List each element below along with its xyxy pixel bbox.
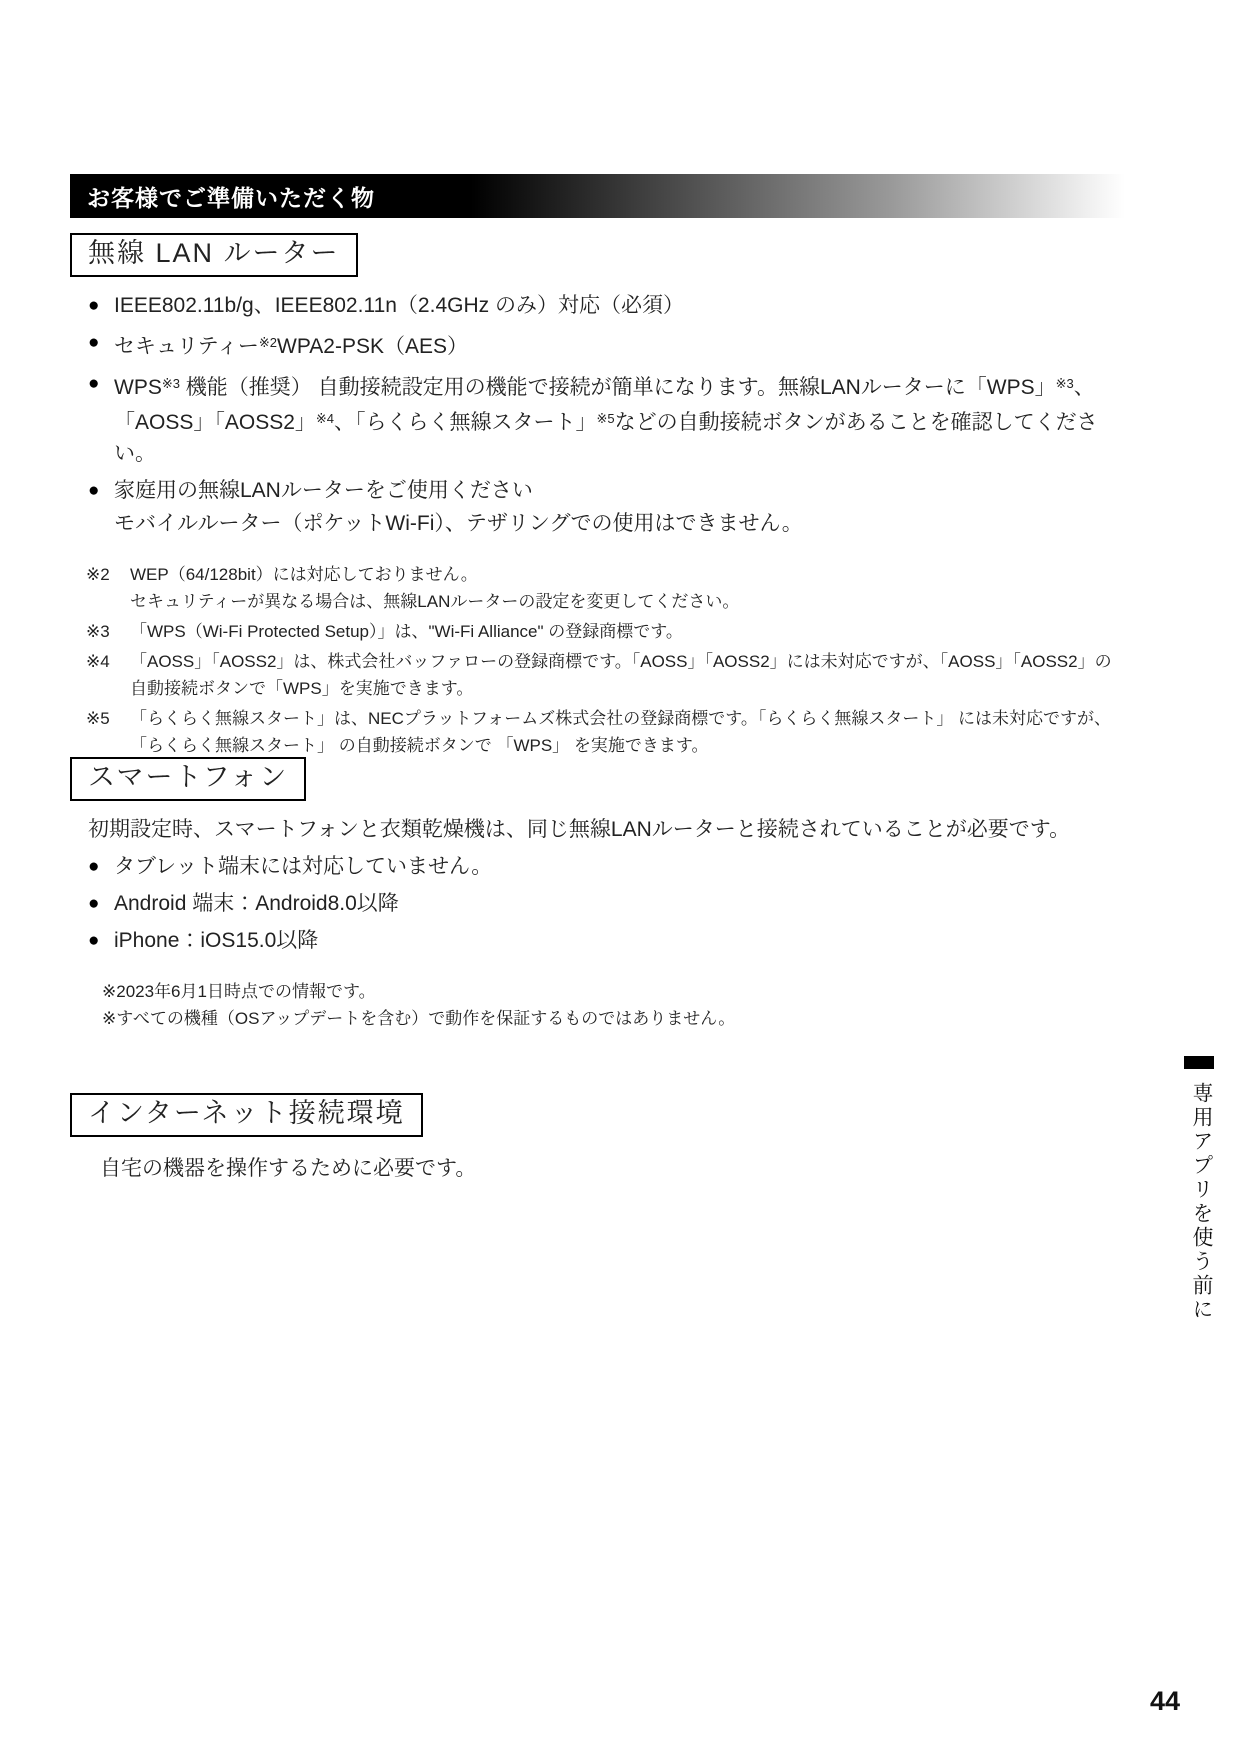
bullet-android-version: Android 端末：Android8.0以降: [88, 888, 1128, 919]
footnote-3-mark: ※3: [86, 618, 130, 645]
bullet-security: セキュリティー※2WPA2-PSK（AES）: [88, 327, 1128, 362]
section-title-internet: インターネット接続環境: [70, 1093, 423, 1137]
bullet-ieee-standards: IEEE802.11b/g、IEEE802.11n（2.4GHz のみ）対応（必…: [88, 290, 1128, 321]
footnote-5-text: 「らくらく無線スタート」は、NECプラットフォームズ株式会社の登録商標です。「ら…: [130, 705, 1128, 759]
footnote-3: ※3 「WPS（Wi-Fi Protected Setup）」は、"Wi-Fi …: [86, 618, 1128, 645]
smartphone-notes: ※2023年6月1日時点での情報です。 ※すべての機種（OSアップデートを含む）…: [102, 978, 1128, 1032]
chapter-header-bar: お客様でご準備いただく物: [70, 174, 1125, 218]
chapter-side-label: 専用アプリを使う前に: [1184, 1082, 1216, 1342]
footnote-2: ※2 WEP（64/128bit）には対応しておりません。 セキュリティーが異な…: [86, 561, 1128, 615]
ref-mark-4: ※4: [316, 411, 334, 426]
internet-description: 自宅の機器を操作するために必要です。: [100, 1153, 1128, 1184]
footnote-2-mark: ※2: [86, 561, 130, 615]
bullet-home-router-note: モバイルルーター（ポケットWi-Fi）、テザリングでの使用はできません。: [114, 508, 1128, 539]
section-wireless-lan-router: 無線 LAN ルーター IEEE802.11b/g、IEEE802.11n（2.…: [70, 233, 1128, 759]
manual-page: お客様でご準備いただく物 無線 LAN ルーター IEEE802.11b/g、I…: [0, 0, 1240, 1754]
footnote-3-text: 「WPS（Wi-Fi Protected Setup）」は、"Wi-Fi All…: [130, 618, 1128, 645]
note-info-date: ※2023年6月1日時点での情報です。: [102, 978, 1128, 1005]
footnote-2-text: WEP（64/128bit）には対応しておりません。 セキュリティーが異なる場合…: [130, 561, 1128, 615]
footnote-4-text: 「AOSS」「AOSS2」は、株式会社バッファローの登録商標です。「AOSS」「…: [130, 648, 1128, 702]
page-number: 44: [1150, 1686, 1180, 1717]
section-internet-environment: インターネット接続環境 自宅の機器を操作するために必要です。: [70, 1093, 1128, 1184]
chapter-title: お客様でご準備いただく物: [70, 180, 375, 213]
ref-mark-5: ※5: [597, 411, 615, 426]
router-footnotes: ※2 WEP（64/128bit）には対応しておりません。 セキュリティーが異な…: [86, 561, 1128, 759]
bullet-iphone-version: iPhone：iOS15.0以降: [88, 925, 1128, 956]
bullet-wps-function: WPS※3 機能（推奨） 自動接続設定用の機能で接続が簡単になります。無線LAN…: [88, 368, 1128, 469]
footnote-4: ※4 「AOSS」「AOSS2」は、株式会社バッファローの登録商標です。「AOS…: [86, 648, 1128, 702]
section-title-router: 無線 LAN ルーター: [70, 233, 358, 277]
smartphone-content: 初期設定時、スマートフォンと衣類乾燥機は、同じ無線LANルーターと接続されている…: [70, 814, 1128, 1032]
section-smartphone: スマートフォン 初期設定時、スマートフォンと衣類乾燥機は、同じ無線LANルーター…: [70, 757, 1128, 1032]
chapter-tab-marker: [1184, 1056, 1214, 1069]
ref-mark-2: ※2: [259, 335, 277, 350]
note-no-guarantee: ※すべての機種（OSアップデートを含む）で動作を保証するものではありません。: [102, 1005, 1128, 1032]
smartphone-intro: 初期設定時、スマートフォンと衣類乾燥機は、同じ無線LANルーターと接続されている…: [88, 814, 1128, 845]
footnote-5-mark: ※5: [86, 705, 130, 759]
footnote-5: ※5 「らくらく無線スタート」は、NECプラットフォームズ株式会社の登録商標です…: [86, 705, 1128, 759]
footnote-4-mark: ※4: [86, 648, 130, 702]
bullet-home-router: 家庭用の無線LANルーターをご使用ください: [88, 475, 1128, 506]
ref-mark-3: ※3: [162, 376, 180, 391]
ref-mark-3b: ※3: [1056, 376, 1074, 391]
security-text: セキュリティー: [114, 335, 259, 358]
bullet-tablet-unsupported: タブレット端末には対応していません。: [88, 851, 1128, 882]
security-value: WPA2-PSK（AES）: [277, 335, 468, 358]
section-title-smartphone: スマートフォン: [70, 757, 306, 801]
router-bullet-list: IEEE802.11b/g、IEEE802.11n（2.4GHz のみ）対応（必…: [70, 290, 1128, 539]
